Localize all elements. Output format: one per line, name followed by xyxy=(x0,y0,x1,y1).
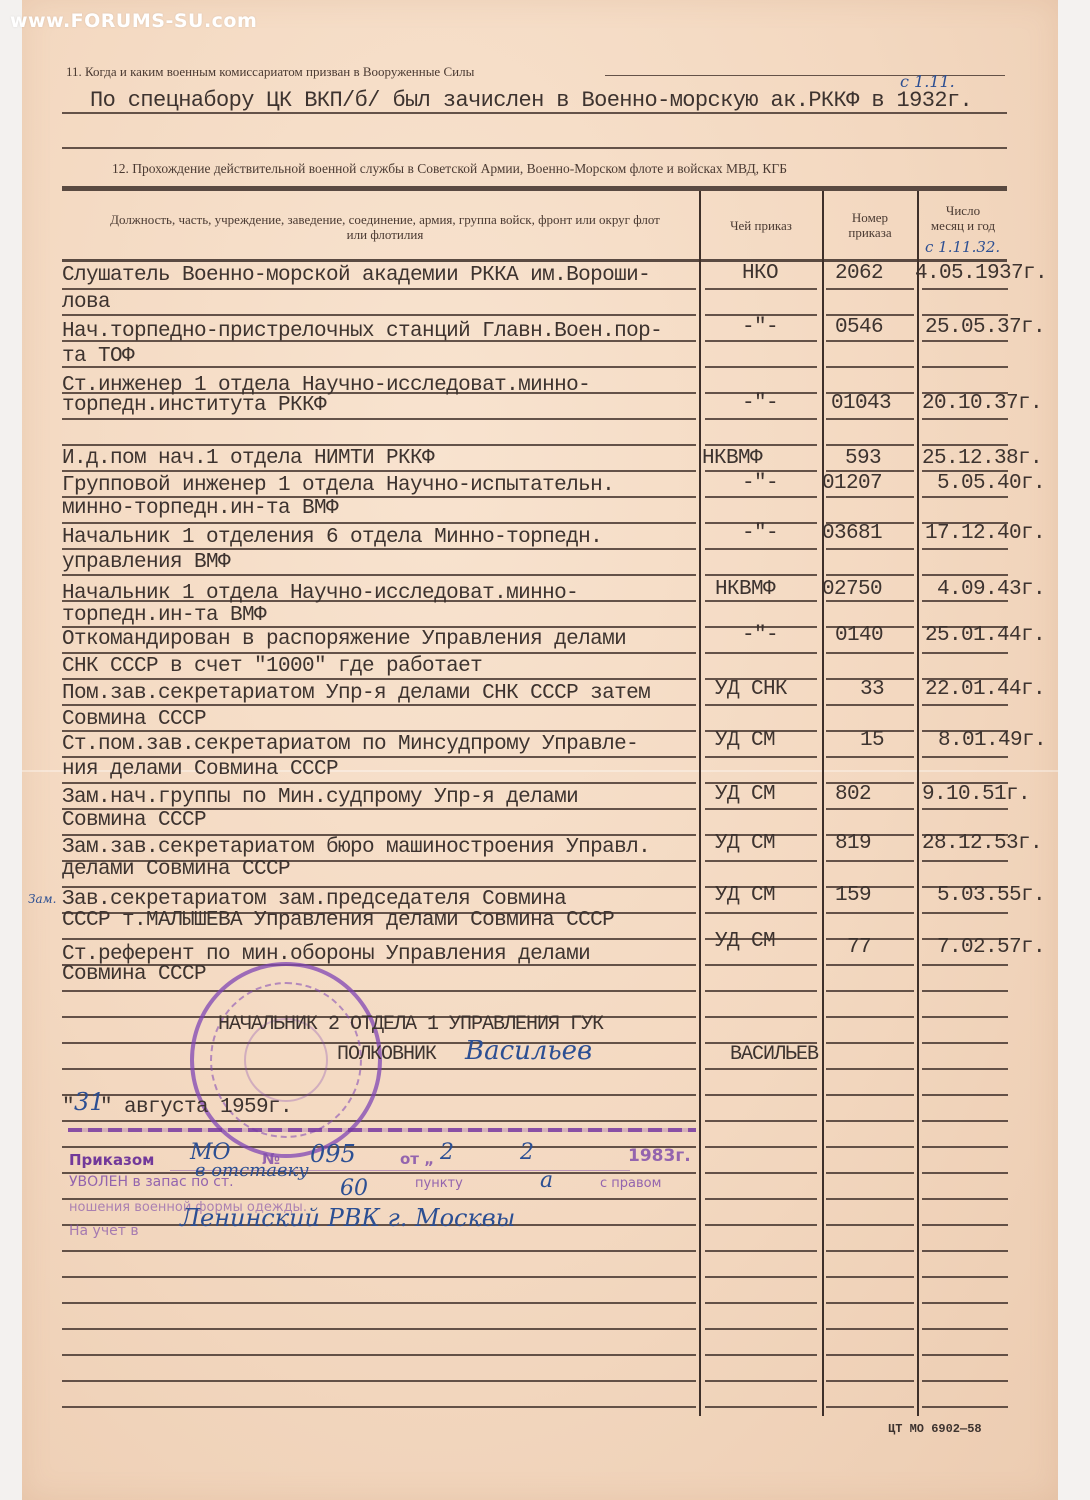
ruled-line xyxy=(922,964,1008,966)
ruled-line xyxy=(922,912,1008,914)
section11-line2 xyxy=(62,147,1007,149)
scan-margin xyxy=(1058,0,1090,1500)
section11-handwritten-note: с 1.11. xyxy=(900,72,955,91)
ruled-line xyxy=(826,574,914,576)
column-divider-2 xyxy=(822,191,824,1416)
row-order-number: 2062 xyxy=(835,262,883,285)
ruled-line xyxy=(62,470,696,472)
ruled-line xyxy=(705,808,817,810)
ruled-line xyxy=(826,1042,914,1044)
ruled-line xyxy=(826,496,914,498)
discharge-stamp-border xyxy=(68,1128,696,1132)
article-number: 60 xyxy=(340,1176,368,1201)
row-whose-order: УД СМ xyxy=(715,729,775,752)
ruled-line xyxy=(705,418,817,420)
order-label: Приказом xyxy=(69,1151,154,1169)
ruled-line xyxy=(826,704,914,706)
ruled-line xyxy=(826,1250,914,1252)
ruled-line xyxy=(922,704,1008,706)
table-top-border xyxy=(62,186,1007,191)
ruled-line xyxy=(705,574,817,576)
ruled-line xyxy=(826,444,914,446)
ruled-line xyxy=(705,1354,817,1356)
order-from-label: от „ xyxy=(400,1150,434,1168)
ruled-line xyxy=(922,1146,1008,1148)
order-day: 2 xyxy=(440,1140,454,1165)
row-date: 28.12.53г. xyxy=(922,832,1042,855)
ruled-line xyxy=(705,990,817,992)
row-position-line1: Откомандирован в распоряжение Управления… xyxy=(62,628,626,651)
ruled-line xyxy=(62,782,696,784)
row-position-line2: ния делами Совмина СССР xyxy=(62,758,338,781)
row-position-line1: Зам.зав.секретариатом бюро машиностроени… xyxy=(62,836,650,859)
row-position-line2: лова xyxy=(62,291,110,314)
ruled-line xyxy=(922,990,1008,992)
col-header-date: Число месяц и год xyxy=(930,203,996,233)
ruled-line xyxy=(62,522,696,524)
ruled-line xyxy=(826,808,914,810)
section11-label: 11. Когда и каким военным комиссариатом … xyxy=(66,64,474,80)
ruled-line xyxy=(922,548,1008,550)
ruled-line xyxy=(705,860,817,862)
row-position-line1: Групповой инженер 1 отдела Научно-испыта… xyxy=(62,474,614,497)
row-position-line2: минно-торпедн.ин-та ВМФ xyxy=(62,497,338,520)
row-position-line1: Пом.зав.секретариатом Упр-я делами СНК С… xyxy=(62,682,650,705)
ruled-line xyxy=(705,1198,817,1200)
signatory-rank: ПОЛКОВНИК xyxy=(337,1043,436,1066)
ruled-line xyxy=(922,1380,1008,1382)
ruled-line xyxy=(922,1354,1008,1356)
margin-note: Зам. xyxy=(28,892,56,906)
row-date: 25.12.38г. xyxy=(922,447,1042,470)
row-whose-order: УД СНК xyxy=(715,678,787,701)
row-position-line2: Совмина СССР xyxy=(62,809,206,832)
ruled-line xyxy=(826,1406,914,1408)
column-divider-1 xyxy=(699,191,701,1416)
ruled-line xyxy=(826,288,914,290)
row-position-line2: Совмина СССР xyxy=(62,708,206,731)
ruled-line xyxy=(62,938,696,940)
ruled-line xyxy=(922,418,1008,420)
row-order-number: 01207 xyxy=(822,472,882,495)
ruled-line xyxy=(922,496,1008,498)
section12-label: 12. Прохождение действительной военной с… xyxy=(112,161,787,177)
ruled-line xyxy=(705,444,817,446)
ruled-line xyxy=(705,1328,817,1330)
ruled-line xyxy=(826,1068,914,1070)
registry-label: На учет в xyxy=(69,1223,139,1239)
ruled-line xyxy=(705,1302,817,1304)
ruled-line xyxy=(705,1250,817,1252)
ruled-line xyxy=(705,1016,817,1018)
column-divider-3 xyxy=(917,191,919,1416)
row-order-number: 159 xyxy=(835,884,871,907)
ruled-line xyxy=(705,704,817,706)
ruled-line xyxy=(62,574,696,576)
row-order-number: 15 xyxy=(860,729,884,752)
row-position-line1: Нач.торпедно-пристрелочных станций Главн… xyxy=(62,320,662,343)
row-position-line1: Ст.пом.зав.секретариатом по Минсудпрому … xyxy=(62,733,638,756)
row-order-number: 77 xyxy=(847,936,871,959)
signatory-title: НАЧАЛЬНИК 2 ОТДЕЛА 1 УПРАВЛЕНИЯ ГУК xyxy=(218,1013,603,1036)
row-whose-order: -"- xyxy=(742,392,778,415)
ruled-line xyxy=(62,1354,696,1356)
row-whose-order: НКВМФ xyxy=(715,578,775,601)
row-date: 20.10.37г. xyxy=(922,392,1042,415)
ruled-line xyxy=(705,1276,817,1278)
row-order-number: 02750 xyxy=(822,578,882,601)
ruled-line xyxy=(705,496,817,498)
row-position-line2: управления ВМФ xyxy=(62,551,230,574)
row-whose-order: УД СМ xyxy=(715,930,775,953)
ruled-line xyxy=(922,574,1008,576)
row-whose-order: УД СМ xyxy=(715,832,775,855)
ruled-line xyxy=(826,366,914,368)
dismissal-reason: в отставку xyxy=(195,1160,309,1181)
row-date: 4.09.43г. xyxy=(937,578,1045,601)
ruled-line xyxy=(826,1120,914,1122)
ruled-line xyxy=(922,1224,1008,1226)
row-position-line2: делами Совмина СССР xyxy=(62,858,290,881)
ruled-line xyxy=(922,1016,1008,1018)
point-value: а xyxy=(540,1168,553,1193)
row-position-line2: СНК СССР в счет "1000" где работает xyxy=(62,655,482,678)
row-whose-order: -"- xyxy=(742,316,778,339)
row-position-line2: Совмина СССР xyxy=(62,963,206,986)
order-month: 2 xyxy=(520,1140,534,1165)
row-whose-order: -"- xyxy=(742,472,778,495)
ruled-line xyxy=(62,1146,696,1148)
ruled-line xyxy=(922,288,1008,290)
ruled-line xyxy=(62,1302,696,1304)
ruled-line xyxy=(62,1276,696,1278)
row-position-line1: Зав.секретариатом зам.председателя Совми… xyxy=(62,888,566,911)
row-whose-order: -"- xyxy=(742,624,778,647)
row-order-number: 03681 xyxy=(822,522,882,545)
ruled-line xyxy=(826,1224,914,1226)
ruled-line xyxy=(705,340,817,342)
ruled-line xyxy=(922,1120,1008,1122)
row-whose-order: НКВМФ xyxy=(702,447,762,470)
row-order-number: 593 xyxy=(845,447,881,470)
ruled-line xyxy=(62,1380,696,1382)
rights-label: с правом xyxy=(600,1176,661,1191)
ruled-line xyxy=(705,912,817,914)
signatory-name: ВАСИЛЬЕВ xyxy=(730,1043,818,1066)
ruled-line xyxy=(826,1198,914,1200)
registry-office: Ленинский РВК г. Москвы xyxy=(180,1204,515,1232)
ruled-line xyxy=(705,1094,817,1096)
ruled-line xyxy=(826,1276,914,1278)
row-whose-order: УД СМ xyxy=(715,783,775,806)
watermark: www.FORUMS-SU.com xyxy=(10,10,257,32)
ruled-line xyxy=(922,1328,1008,1330)
ruled-line xyxy=(826,1016,914,1018)
ruled-line xyxy=(705,1172,817,1174)
ruled-line xyxy=(62,652,696,654)
ruled-line xyxy=(62,366,696,368)
ruled-line xyxy=(826,912,914,914)
row-position-line1: Слушатель Военно-морской академии РККА и… xyxy=(62,264,650,287)
ruled-line xyxy=(62,314,696,316)
ruled-line xyxy=(826,1328,914,1330)
row-position-line1: Зам.нач.группы по Мин.судпрому Упр-я дел… xyxy=(62,786,578,809)
row-date: 25.05.37г. xyxy=(925,316,1045,339)
ruled-line xyxy=(922,1172,1008,1174)
row-order-number: 0140 xyxy=(835,624,883,647)
ruled-line xyxy=(62,1328,696,1330)
ruled-line xyxy=(705,964,817,966)
ruled-line xyxy=(705,1224,817,1226)
row-position-line2: торпедн.института РККФ xyxy=(62,394,326,417)
date-header-note: с 1.11.32. xyxy=(925,238,1000,256)
ruled-line xyxy=(705,366,817,368)
ruled-line xyxy=(62,990,696,992)
row-date: 4.05.1937г. xyxy=(915,262,1047,285)
row-date: 25.01.44г. xyxy=(925,624,1045,647)
row-whose-order: НКО xyxy=(742,262,778,285)
ruled-line xyxy=(826,548,914,550)
ruled-line xyxy=(705,756,817,758)
row-date: 7.02.57г. xyxy=(937,936,1045,959)
row-position-line2: та ТОФ xyxy=(62,345,134,368)
row-date: 17.12.40г. xyxy=(925,522,1045,545)
ruled-line xyxy=(705,548,817,550)
row-date: 5.03.55г. xyxy=(937,884,1045,907)
col-header-whose-order: Чей приказ xyxy=(705,218,817,233)
ruled-line xyxy=(826,1094,914,1096)
col-header-position: Должность, часть, учреждение, заведение,… xyxy=(100,212,670,242)
row-position-line1: Начальник 1 отдела Научно-исследоват.мин… xyxy=(62,582,578,605)
ruled-line xyxy=(826,418,914,420)
ruled-line xyxy=(826,756,914,758)
row-date: 22.01.44г. xyxy=(925,678,1045,701)
order-number: 095 xyxy=(310,1140,356,1168)
ruled-line xyxy=(62,288,696,290)
row-position-line2: торпедн.ин-та ВМФ xyxy=(62,604,266,627)
section11-line xyxy=(62,112,1007,114)
form-code: ЦТ МО 6902—58 xyxy=(888,1422,982,1436)
ruled-line xyxy=(826,1380,914,1382)
row-position-line1: И.д.пом нач.1 отдела НИМТИ РККФ xyxy=(62,447,434,470)
row-position-line2: СССР т.МАЛЫШЕВА Управления делами Совмин… xyxy=(62,909,614,932)
ruled-line xyxy=(705,1380,817,1382)
ruled-line xyxy=(922,340,1008,342)
ruled-line xyxy=(62,678,696,680)
row-whose-order: УД СМ xyxy=(715,884,775,907)
ruled-line xyxy=(826,1172,914,1174)
ruled-line xyxy=(922,1250,1008,1252)
signature: Васильев xyxy=(465,1036,592,1066)
ruled-line xyxy=(62,1250,696,1252)
date-rest: " августа 1959г. xyxy=(100,1096,292,1119)
row-order-number: 33 xyxy=(860,678,884,701)
ruled-line xyxy=(826,652,914,654)
ruled-line xyxy=(62,444,696,446)
ruled-line xyxy=(826,964,914,966)
ruled-line xyxy=(705,1146,817,1148)
ruled-line xyxy=(922,1198,1008,1200)
ruled-line xyxy=(922,444,1008,446)
ruled-line xyxy=(826,990,914,992)
row-order-number: 01043 xyxy=(831,392,891,415)
ruled-line xyxy=(826,1302,914,1304)
ruled-line xyxy=(922,860,1008,862)
ruled-line xyxy=(922,1068,1008,1070)
row-date: 5.05.40г. xyxy=(937,472,1045,495)
ruled-line xyxy=(826,1146,914,1148)
ruled-line xyxy=(826,1354,914,1356)
ruled-line xyxy=(922,1276,1008,1278)
row-order-number: 802 xyxy=(835,783,871,806)
point-label: пункту xyxy=(415,1176,463,1191)
ruled-line xyxy=(705,1120,817,1122)
row-position-line1: Начальник 1 отделения 6 отдела Минно-тор… xyxy=(62,526,602,549)
ruled-line xyxy=(826,340,914,342)
ruled-line xyxy=(922,366,1008,368)
row-date: 9.10.51г. xyxy=(922,783,1030,806)
ruled-line xyxy=(705,1068,817,1070)
ruled-line xyxy=(705,288,817,290)
ruled-line xyxy=(705,652,817,654)
ruled-line xyxy=(826,860,914,862)
ruled-line xyxy=(922,1406,1008,1408)
row-order-number: 0546 xyxy=(835,316,883,339)
ruled-line xyxy=(922,1302,1008,1304)
section11-answer: По спецнабору ЦК ВКП/б/ был зачислен в В… xyxy=(90,88,972,113)
row-order-number: 819 xyxy=(835,832,871,855)
row-date: 8.01.49г. xyxy=(938,729,1046,752)
ruled-line xyxy=(922,652,1008,654)
col-header-order-number: Номер приказа xyxy=(838,210,902,240)
ruled-line xyxy=(705,1406,817,1408)
ruled-line xyxy=(922,1094,1008,1096)
ruled-line xyxy=(922,1042,1008,1044)
ruled-line xyxy=(62,1120,696,1122)
order-year: 1983г. xyxy=(628,1146,691,1166)
ruled-line xyxy=(62,418,696,420)
date-open-quote: " xyxy=(62,1096,74,1119)
ruled-line xyxy=(62,1406,696,1408)
ruled-line xyxy=(922,756,1008,758)
row-whose-order: -"- xyxy=(742,522,778,545)
ruled-line xyxy=(922,808,1008,810)
